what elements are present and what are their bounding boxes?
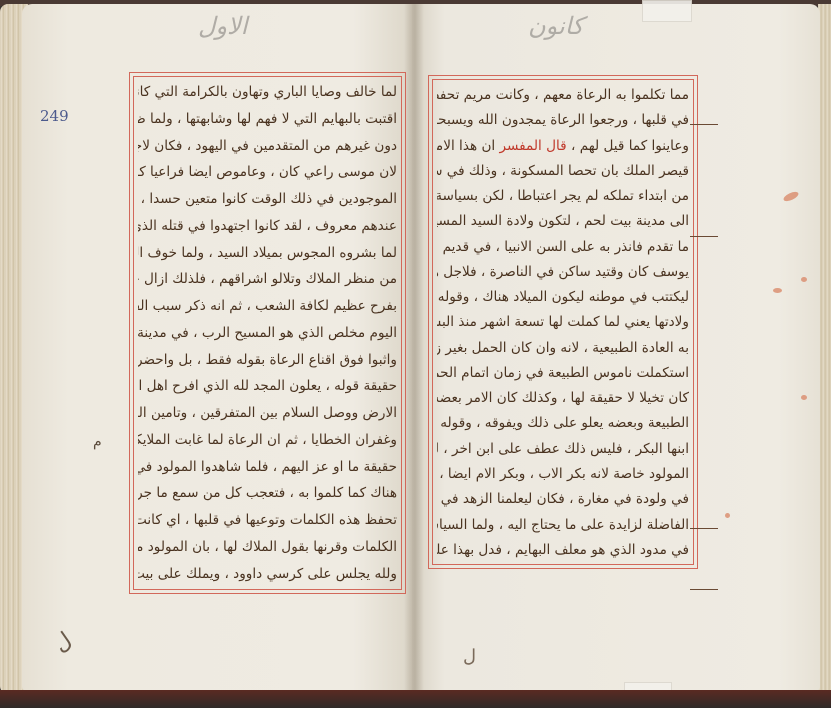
- left-margin-note: م: [93, 434, 102, 450]
- text-line: لما بشروه المجوس بميلاد السيد ، ولما خوف…: [138, 240, 397, 266]
- text-line: استكملت ناموس الطبيعة في زمان اتمام الحم…: [437, 360, 689, 385]
- rubric-text: قال المفسر: [500, 138, 567, 154]
- text-line: دون غيرهم من المتقدمين في اليهود ، فكان …: [138, 133, 397, 159]
- text-line: في ولودة في مغارة ، فكان ليعلمنا الزهد ف…: [437, 486, 689, 511]
- text-line: حقيقة ما او عز اليهم ، فلما شاهدوا المول…: [138, 454, 397, 480]
- text-line: واثبوا فوق اقناع الرعاة بقوله فقط ، بل و…: [138, 347, 397, 373]
- text-line: لان موسى راعي كان ، وعاموص ايضا فراعيا ك…: [138, 159, 397, 185]
- text-line: الطبيعة وبعضه يعلو على ذلك ويفوقه ، وقول…: [437, 410, 689, 435]
- margin-line: [690, 528, 718, 529]
- text-line: الموجودين في ذلك الوقت كانوا متعين حسدا …: [138, 186, 397, 212]
- text-line: كان تخيلا لا حقيقة لها ، وكذلك كان الامر…: [437, 385, 689, 410]
- text-line: ابنها البكر ، فليس ذلك عطف على ابن اخر ،…: [437, 436, 689, 461]
- text-line: الفاضلة لزايدة على ما يحتاج اليه ، ولما …: [437, 512, 689, 537]
- text-line: يوسف كان وقتيد ساكن في الناصرة ، فلاجل ه…: [437, 259, 689, 284]
- text-line: عندهم معروف ، لقد كانوا اجتهدوا في قتله …: [138, 213, 397, 239]
- open-manuscript: الاول كانون 249 م ل ل لما خالف وصايا الب…: [0, 0, 831, 708]
- ink-stain: [801, 277, 807, 282]
- text-line: الكلمات وقرنها بقول الملاك لها ، بان الم…: [138, 534, 397, 560]
- text-line: ولادتها يعني لما كملت لها تسعة اشهر منذ …: [437, 309, 689, 334]
- text-line: اليوم مخلص الذي هو المسيح الرب ، في مدين…: [138, 320, 397, 346]
- text-line: الارض ووصل السلام بين المتفرقين ، وتامين…: [138, 400, 397, 426]
- ink-stain: [773, 288, 782, 293]
- text-line: به العادة الطبيعية ، لانه وان كان الحمل …: [437, 335, 689, 360]
- folio-number: 249: [40, 107, 69, 125]
- margin-line: [690, 124, 718, 125]
- cover-bottom-edge: [0, 690, 831, 708]
- text-line: من ابتداء تملكه لم يجر اعتباطا ، لكن بسي…: [437, 183, 689, 208]
- text-line: وغفران الخطايا ، ثم ان الرعاة لما غابت ا…: [138, 427, 397, 453]
- top-paper-tab: [642, 0, 692, 22]
- text-line: في مدود الذي هو معلف البهايم ، فدل بهذا …: [437, 537, 689, 562]
- text-line: لما خالف وصايا الباري وتهاون بالكرامة ال…: [138, 79, 397, 105]
- text-line: هناك كما كلموا به ، فتعجب كل من سمع ما ج…: [138, 480, 397, 506]
- left-text-lines: لما خالف وصايا الباري وتهاون بالكرامة ال…: [138, 79, 397, 587]
- text-line: ولله يجلس على كرسي داوود ، ويملك على بيت…: [138, 561, 397, 587]
- text-line: المولود خاصة لانه بكر الاب ، وبكر الام ا…: [437, 461, 689, 486]
- text-line: ما تقدم فانذر به على السن الانبيا ، في ق…: [437, 234, 689, 259]
- text-line: مما تكلموا به الرعاة معهم ، وكانت مريم ت…: [437, 82, 689, 107]
- text-line: اقتبت بالبهايم التي لا فهم لها وشابهتها …: [138, 106, 397, 132]
- right-pencil-heading: كانون: [528, 12, 583, 40]
- ink-stain: [725, 513, 730, 518]
- right-bottom-mark: ل: [463, 646, 476, 667]
- text-line: بفرح عظيم لكافة الشعب ، ثم انه ذكر سبب ا…: [138, 293, 397, 319]
- text-line: الى مدينة بيت لحم ، لتكون ولادة السيد ال…: [437, 208, 689, 233]
- text-line: حقيقة قوله ، يعلون المجد لله الذي افرح ا…: [138, 373, 397, 399]
- text-line: تحفظ هذه الكلمات وتوعيها في قلبها ، اي ك…: [138, 507, 397, 533]
- text-line: من منظر الملاك وتلالو اشراقهم ، فلذلك از…: [138, 266, 397, 292]
- text-line: وعاينوا كما قيل لهم ، قال المفسر ان هذا …: [437, 133, 689, 158]
- right-text-lines: مما تكلموا به الرعاة معهم ، وكانت مريم ت…: [437, 82, 689, 562]
- margin-line: [690, 589, 718, 590]
- left-pencil-heading: الاول: [198, 12, 247, 40]
- text-line: ليكتتب في موطنه ليكون الميلاد هناك ، وقو…: [437, 284, 689, 309]
- book-gutter: [404, 4, 424, 692]
- margin-line: [690, 236, 718, 237]
- text-line: في قلبها ، ورجعوا الرعاة يمجدون الله ويس…: [437, 107, 689, 132]
- right-text-frame: مما تكلموا به الرعاة معهم ، وكانت مريم ت…: [432, 79, 694, 565]
- left-text-frame: لما خالف وصايا الباري وتهاون بالكرامة ال…: [133, 76, 402, 590]
- text-line: قيصر الملك بان تحصا المسكونة ، وذلك في س…: [437, 158, 689, 183]
- ink-stain: [801, 395, 807, 400]
